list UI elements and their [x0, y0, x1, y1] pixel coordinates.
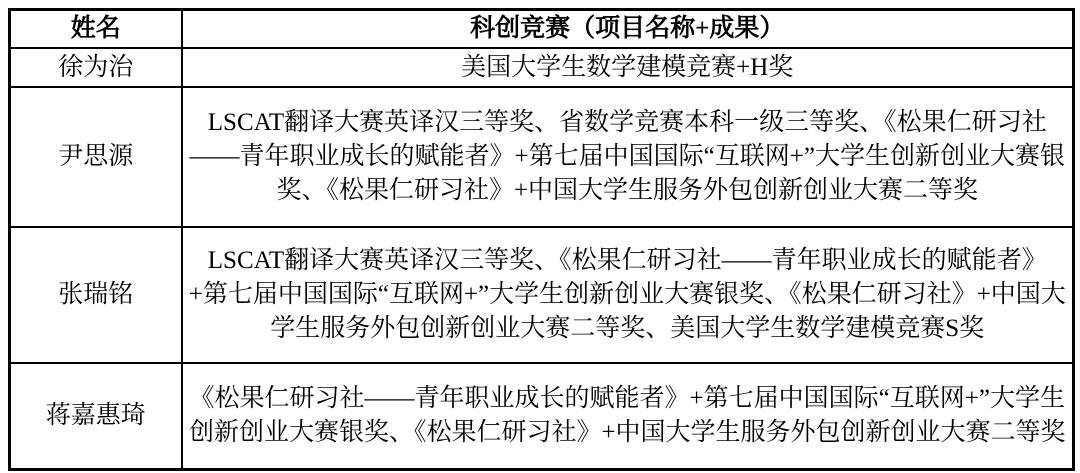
student-achievements: 《松果仁研习社——青年职业成长的赋能者》+第七届中国国际“互联网+”大学生创新创…	[182, 363, 1074, 469]
table-row: 蒋嘉惠琦 《松果仁研习社——青年职业成长的赋能者》+第七届中国国际“互联网+”大…	[10, 363, 1074, 469]
table-row: 尹思源 LSCAT翻译大赛英译汉三等奖、省数学竞赛本科一级三等奖、《松果仁研习社…	[10, 87, 1074, 227]
student-achievements: 美国大学生数学建模竞赛+H奖	[182, 48, 1074, 87]
awards-table: 姓名 科创竞赛（项目名称+成果） 徐为治 美国大学生数学建模竞赛+H奖 尹思源 …	[8, 8, 1075, 471]
student-achievements: LSCAT翻译大赛英译汉三等奖、省数学竞赛本科一级三等奖、《松果仁研习社——青年…	[182, 87, 1074, 227]
student-name: 徐为治	[10, 48, 182, 87]
header-cell-competition: 科创竞赛（项目名称+成果）	[182, 10, 1074, 49]
table-row: 张瑞铭 LSCAT翻译大赛英译汉三等奖、《松果仁研习社——青年职业成长的赋能者》…	[10, 227, 1074, 363]
header-cell-name: 姓名	[10, 10, 182, 49]
table-header-row: 姓名 科创竞赛（项目名称+成果）	[10, 10, 1074, 49]
student-achievements: LSCAT翻译大赛英译汉三等奖、《松果仁研习社——青年职业成长的赋能者》+第七届…	[182, 227, 1074, 363]
student-name: 张瑞铭	[10, 227, 182, 363]
table-row: 徐为治 美国大学生数学建模竞赛+H奖	[10, 48, 1074, 87]
document-page: 姓名 科创竞赛（项目名称+成果） 徐为治 美国大学生数学建模竞赛+H奖 尹思源 …	[0, 0, 1080, 473]
student-name: 蒋嘉惠琦	[10, 363, 182, 469]
student-name: 尹思源	[10, 87, 182, 227]
